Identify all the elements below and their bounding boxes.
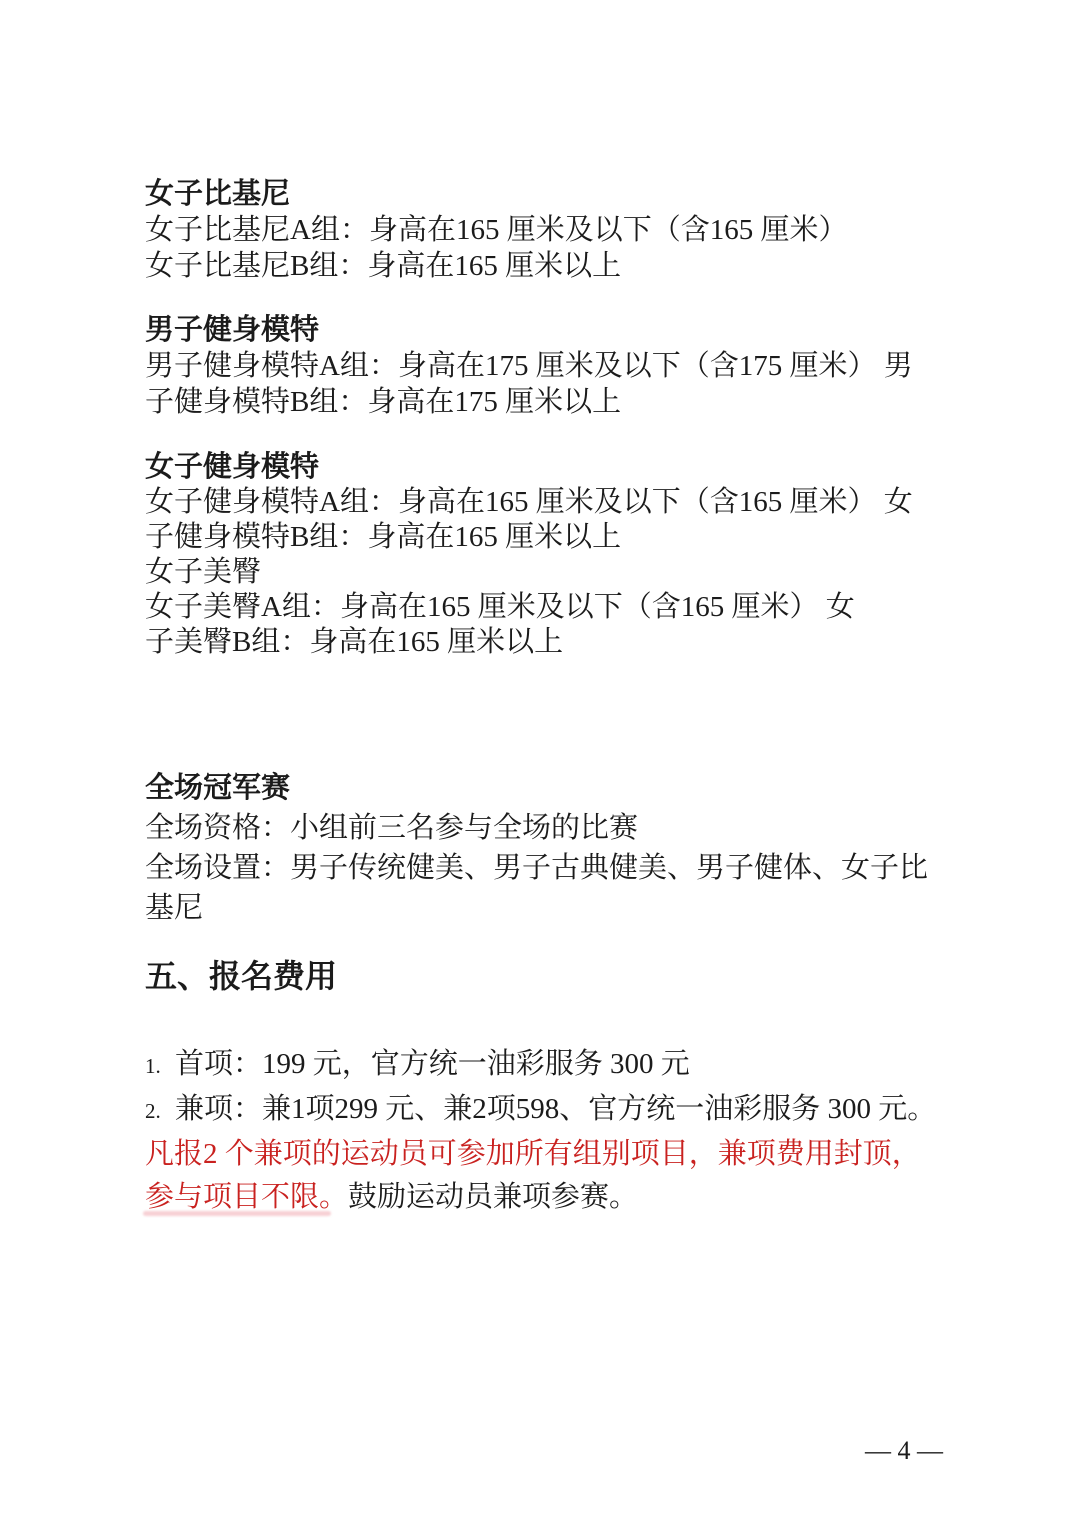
section-heading: 全场冠军赛: [145, 768, 945, 808]
section-line: 全场设置：男子传统健美、男子古典健美、男子健体、女子比: [145, 848, 945, 888]
section-heading: 女子比基尼: [145, 176, 945, 212]
fee-item-text: 兼项：兼1项299 元、兼2项598、官方统一油彩服务 300 元。: [175, 1093, 936, 1125]
page-number: — 4 —: [865, 1436, 943, 1466]
section-heading: 女子健身模特: [145, 450, 945, 485]
section-line: 女子美臀A组：身高在165 厘米及以下（含165 厘米） 女: [145, 590, 945, 625]
section-line: 基尼: [145, 888, 945, 928]
section-heading: 男子健身模特: [145, 312, 945, 348]
fee-note-red-part: 参与项目不限。: [145, 1181, 348, 1213]
section-line: 女子健身模特A组：身高在165 厘米及以下（含165 厘米） 女: [145, 485, 945, 520]
fee-list: 1.首项：199 元，官方统一油彩服务 300 元 2.兼项：兼1项299 元、…: [145, 1043, 945, 1133]
document-page: 女子比基尼 女子比基尼A组：身高在165 厘米及以下（含165 厘米） 女子比基…: [0, 0, 1080, 1526]
fee-note-black-part: 鼓励运动员兼项参赛。: [348, 1181, 638, 1213]
fees-section-heading: 五、报名费用: [145, 955, 945, 997]
section-line: 女子比基尼A组：身高在165 厘米及以下（含165 厘米）: [145, 212, 945, 248]
section-womens-bikini: 女子比基尼 女子比基尼A组：身高在165 厘米及以下（含165 厘米） 女子比基…: [145, 176, 945, 284]
section-mens-fitness-model: 男子健身模特 男子健身模特A组：身高在175 厘米及以下（含175 厘米） 男 …: [145, 312, 945, 420]
section-womens-fitness-model: 女子健身模特 女子健身模特A组：身高在165 厘米及以下（含165 厘米） 女 …: [145, 450, 945, 660]
fee-list-item: 2.兼项：兼1项299 元、兼2项598、官方统一油彩服务 300 元。: [145, 1088, 945, 1133]
section-line: 男子健身模特A组：身高在175 厘米及以下（含175 厘米） 男: [145, 348, 945, 384]
section-line: 女子美臀: [145, 555, 945, 590]
section-line: 子美臀B组：身高在165 厘米以上: [145, 625, 945, 660]
fee-item-marker: 1.: [145, 1045, 175, 1088]
fee-item-text: 首项：199 元，官方统一油彩服务 300 元: [175, 1048, 690, 1080]
section-line: 全场资格：小组前三名参与全场的比赛: [145, 808, 945, 848]
section-line: 子健身模特B组：身高在175 厘米以上: [145, 384, 945, 420]
section-line: 子健身模特B组：身高在165 厘米以上: [145, 520, 945, 555]
section-line: 女子比基尼B组：身高在165 厘米以上: [145, 248, 945, 284]
document-body: 女子比基尼 女子比基尼A组：身高在165 厘米及以下（含165 厘米） 女子比基…: [145, 176, 945, 1219]
scan-artifact: [143, 1211, 331, 1216]
fee-note-line-red: 凡报2 个兼项的运动员可参加所有组别项目，兼项费用封顶，: [145, 1133, 945, 1176]
section-overall-championship: 全场冠军赛 全场资格：小组前三名参与全场的比赛 全场设置：男子传统健美、男子古典…: [145, 768, 945, 928]
fee-item-marker: 2.: [145, 1090, 175, 1133]
fee-list-item: 1.首项：199 元，官方统一油彩服务 300 元: [145, 1043, 945, 1088]
